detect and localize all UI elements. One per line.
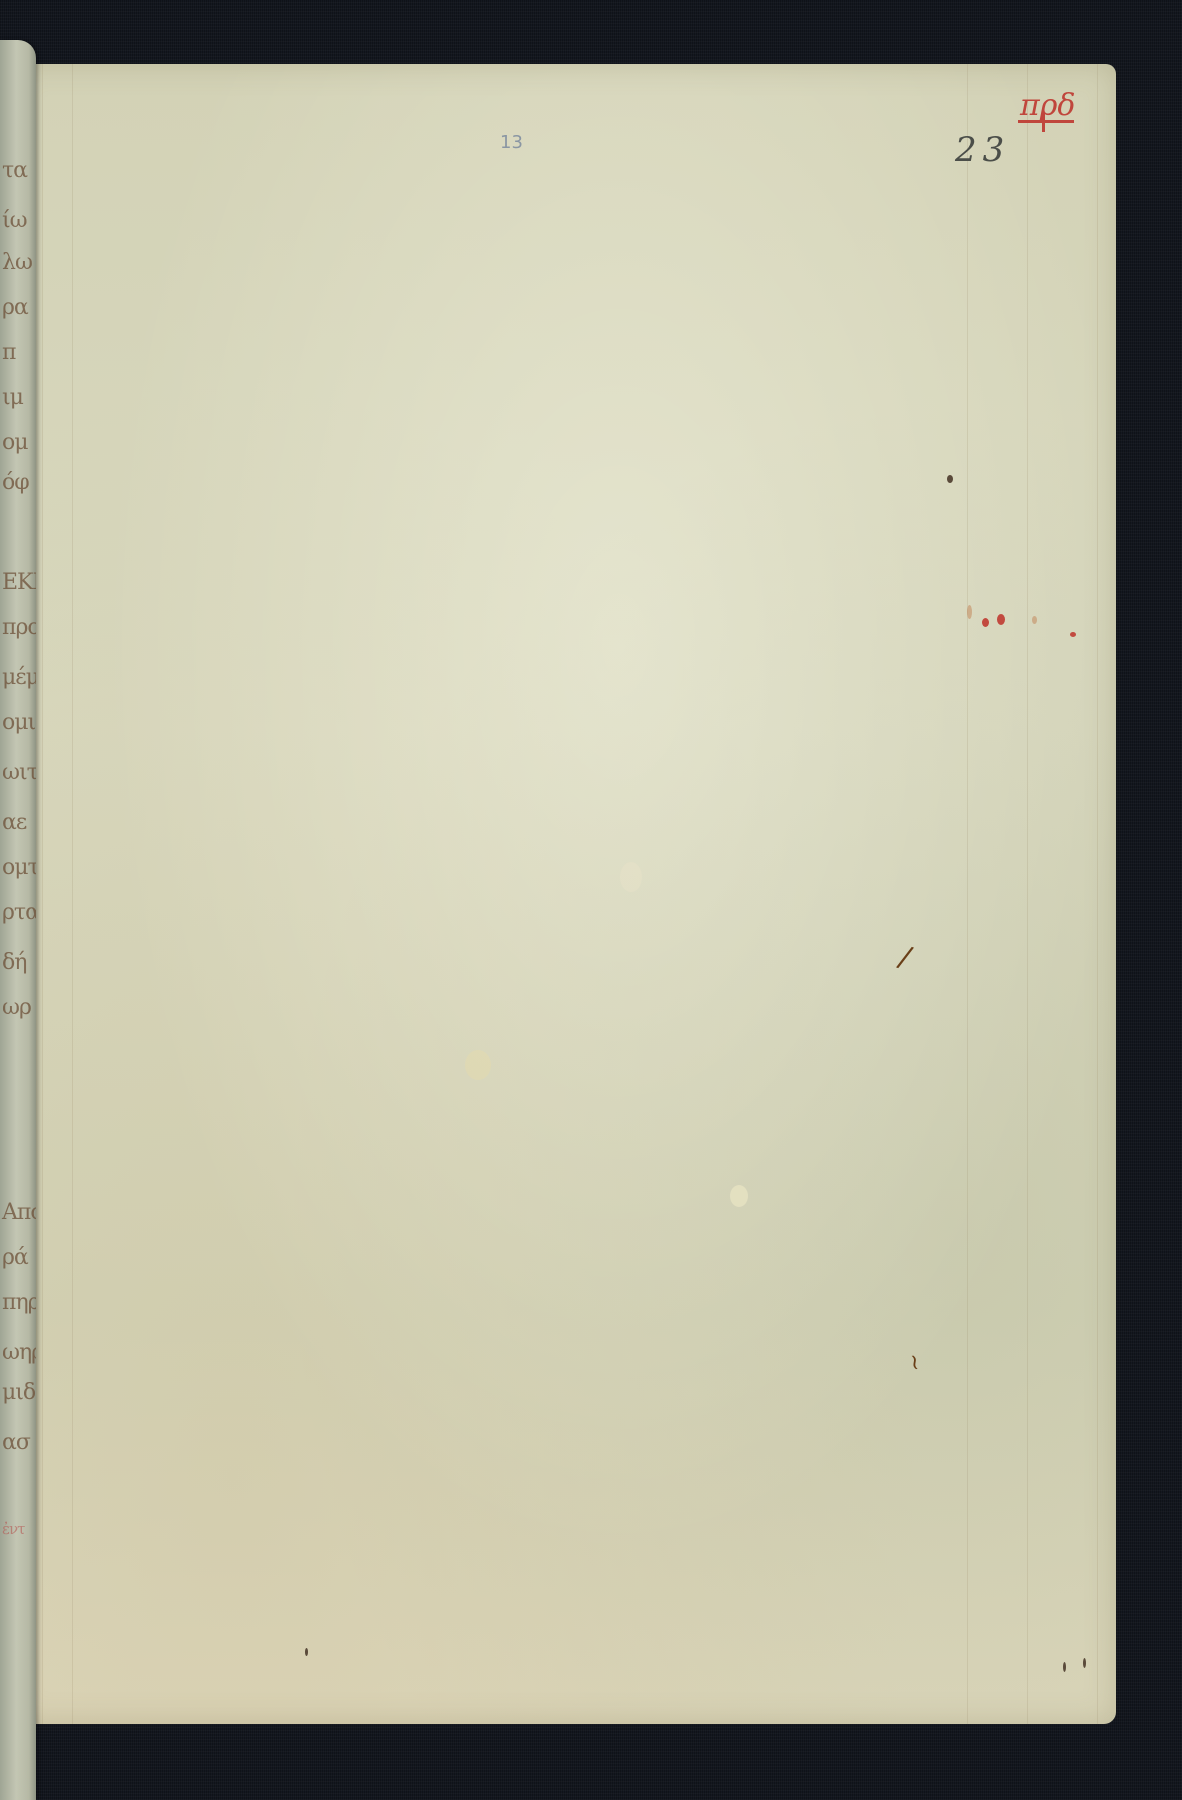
facing-text-fragment: π [2, 340, 36, 365]
facing-text-fragment: ίω [2, 208, 36, 233]
red-folio-mark: πρδ [1020, 88, 1075, 123]
ink-speck [305, 1648, 308, 1656]
red-ink-dot [1070, 632, 1076, 637]
facing-leaf-edge: τα ίω λω ρα π ιμ ομ όφ ΕΚΗ προ μέμο ομι … [0, 40, 36, 1800]
red-ink-dot [997, 614, 1005, 625]
facing-text-fragment: αε [2, 810, 36, 835]
faint-stain [1032, 616, 1037, 624]
ink-speck [1083, 1658, 1086, 1668]
facing-text-fragment: ιμ [2, 385, 36, 410]
facing-text-fragment: ωηρ [2, 1340, 36, 1365]
facing-text-fragment: μέμο [2, 665, 36, 690]
facing-text-fragment: δή [2, 950, 36, 975]
facing-text-fragment: ωιτο [2, 760, 36, 785]
facing-text-fragment: ρά [2, 1245, 36, 1270]
facing-text-fragment: όφ [2, 470, 36, 495]
facing-text-fragment: Απο [2, 1200, 36, 1225]
folio-number: 23 [955, 130, 1010, 170]
ink-speck [1063, 1662, 1066, 1672]
facing-text-fragment: ασ [2, 1430, 36, 1455]
ruling-line [1027, 64, 1028, 1724]
facing-text-fragment: προ [2, 615, 36, 640]
red-folio-stem [1042, 112, 1045, 132]
facing-text-fragment: ομτ [2, 855, 36, 880]
facing-text-fragment: τα [2, 158, 36, 183]
faint-stain [967, 605, 972, 619]
manuscript-page [12, 64, 1116, 1724]
facing-text-fragment: ομ [2, 430, 36, 455]
facing-text-fragment: πηρ [2, 1290, 36, 1315]
ruling-line [72, 64, 73, 1724]
parchment-stain [465, 1050, 491, 1080]
parchment-stain [730, 1185, 748, 1207]
facing-text-fragment: ωρ [2, 995, 36, 1020]
red-ink-dot [982, 618, 989, 627]
facing-text-fragment: μιδ [2, 1380, 36, 1405]
ruling-line [42, 64, 43, 1724]
ruling-line [1097, 64, 1098, 1724]
red-folio-text: πρδ [1020, 88, 1075, 123]
parchment-stain [620, 862, 642, 892]
facing-text-fragment: ρτα [2, 900, 36, 925]
ruling-line [967, 64, 968, 1724]
facing-text-fragment: ρα [2, 295, 36, 320]
facing-text-fragment: ομι [2, 710, 36, 735]
facing-text-fragment: λω [2, 250, 36, 275]
facing-text-fragment: ΕΚΗ [2, 570, 36, 595]
ink-speck [947, 475, 953, 483]
red-folio-underline [1018, 120, 1074, 123]
facing-red-fragment: ἐντ [2, 1520, 36, 1538]
pencil-number: 13 [500, 132, 523, 153]
